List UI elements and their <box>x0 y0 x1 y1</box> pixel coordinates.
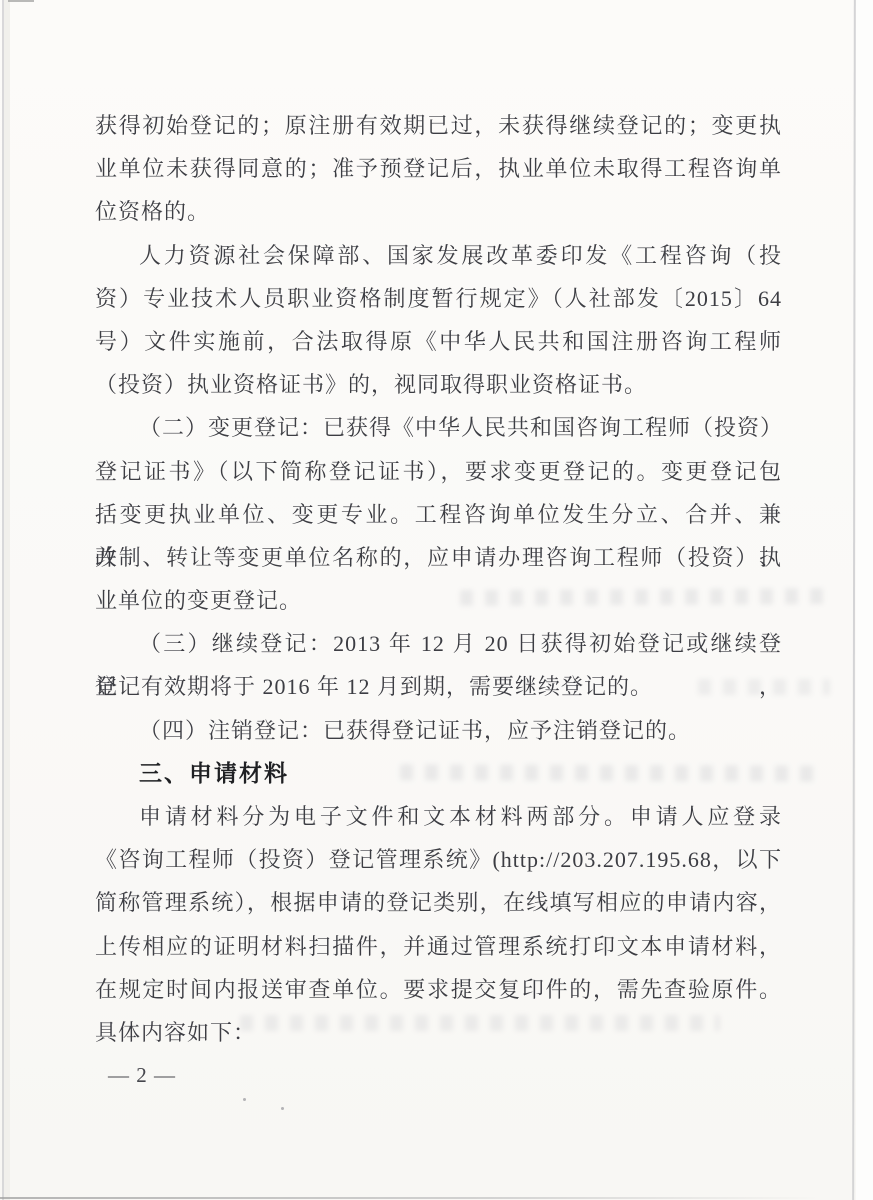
text-line: 简称管理系统），根据申请的登记类别，在线填写相应的申请内容， <box>95 881 782 924</box>
scan-speck <box>281 1107 284 1110</box>
text-line: 改制、转让等变更单位名称的，应申请办理咨询工程师（投资）执 <box>95 536 782 579</box>
text-line: 《咨询工程师（投资）登记管理系统》(http://203.207.195.68，… <box>95 838 782 881</box>
scan-top-edge-mark <box>8 0 34 2</box>
page-number: — 2 — <box>108 1063 176 1088</box>
text-line: （三）继续登记：2013 年 12 月 20 日获得初始登记或继续登记， <box>95 622 782 665</box>
scan-left-shadow-band <box>4 0 10 1200</box>
scan-speck <box>243 1098 246 1101</box>
scan-right-margin-strip <box>856 0 873 1200</box>
scan-bottom-edge-line <box>0 1197 820 1199</box>
text-line: 业单位未获得同意的；准予预登记后，执业单位未取得工程咨询单 <box>95 147 782 190</box>
text-line: 业单位的变更登记。 <box>95 579 782 622</box>
scanned-document-page: 获得初始登记的；原注册有效期已过，未获得继续登记的；变更执 业单位未获得同意的；… <box>0 0 873 1200</box>
section-heading: 三、申请材料 <box>95 752 782 795</box>
document-text-block: 获得初始登记的；原注册有效期已过，未获得继续登记的；变更执 业单位未获得同意的；… <box>95 104 782 1054</box>
text-line: 申请材料分为电子文件和文本材料两部分。申请人应登录 <box>95 795 782 838</box>
text-line: 上传相应的证明材料扫描件，并通过管理系统打印文本申请材料， <box>95 925 782 968</box>
text-line: 具体内容如下： <box>95 1011 782 1054</box>
scan-left-edge-line <box>2 0 4 1200</box>
text-line: （二）变更登记：已获得《中华人民共和国咨询工程师（投资） <box>95 406 782 449</box>
text-line: （四）注销登记：已获得登记证书，应予注销登记的。 <box>95 709 782 752</box>
text-line: （投资）执业资格证书》的，视同取得职业资格证书。 <box>95 363 782 406</box>
text-line: 人力资源社会保障部、国家发展改革委印发《工程咨询（投 <box>95 234 782 277</box>
text-line: 号）文件实施前，合法取得原《中华人民共和国注册咨询工程师 <box>95 320 782 363</box>
text-line: 在规定时间内报送审查单位。要求提交复印件的，需先查验原件。 <box>95 968 782 1011</box>
text-line: 括变更执业单位、变更专业。工程咨询单位发生分立、合并、兼并、 <box>95 493 782 536</box>
text-line: 登记证书》（以下简称登记证书），要求变更登记的。变更登记包 <box>95 450 782 493</box>
text-line: 获得初始登记的；原注册有效期已过，未获得继续登记的；变更执 <box>95 104 782 147</box>
text-line: 资）专业技术人员职业资格制度暂行规定》（人社部发〔2015〕64 <box>95 277 782 320</box>
text-line: 位资格的。 <box>95 190 782 233</box>
